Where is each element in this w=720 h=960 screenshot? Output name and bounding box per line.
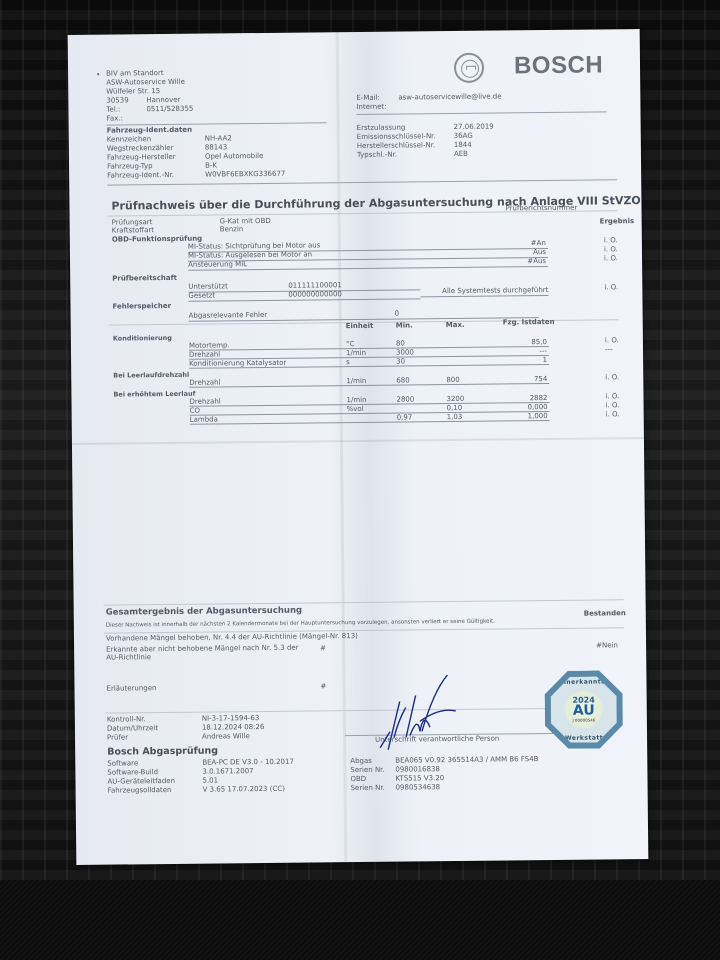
bosch-armature-icon (454, 53, 484, 83)
stamp-top-text: Anerkannte (550, 678, 616, 686)
paper-fold-vertical (336, 32, 348, 862)
remarks-value: # (320, 682, 326, 691)
measurement-group-title: Konditionierung (113, 334, 172, 344)
measurement-min: 0,97 (397, 413, 413, 422)
readiness-row: Gesetzt000000000000 (188, 289, 420, 301)
validity-note: Dieser Nachweis ist innerhalb der nächst… (106, 619, 495, 629)
vehicle-value: 1844 (454, 141, 472, 149)
measurement-actual: 1,000 (528, 412, 548, 421)
measurement-unit: °C (346, 340, 354, 349)
defects-fixed-label: Vorhandene Mängel behoben, Nr. 4.4 der A… (106, 632, 358, 644)
software-value: V 3.65 17.07.2023 (CC) (203, 785, 285, 794)
stamp-number: J 00000546 (565, 717, 603, 722)
handwritten-signature (359, 671, 480, 752)
tel-value: 0511/528355 (146, 105, 193, 113)
software-value: BEA-PC DE V3.0 - 10.2017 (202, 758, 294, 767)
vehicle-label: Typschl.-Nr. (357, 150, 454, 160)
defects-fixed-value: #Nein (596, 641, 618, 650)
vehicle-value: AEB (454, 150, 468, 158)
readiness-title: Prüfbereitschaft (112, 274, 177, 284)
device-value: 0980016838 (395, 765, 440, 773)
measurement-actual: 2882 (530, 394, 548, 403)
divider (104, 599, 624, 605)
address-line: ASW-Autoservice Wille (106, 78, 193, 88)
measurement-result: i. O. (606, 410, 620, 419)
internet-label: Internet: (356, 103, 386, 112)
city: Hannover (146, 96, 180, 104)
postal-code: 30539 (106, 96, 146, 105)
measurement-label: CO (190, 407, 200, 416)
control-value: Andreas Wille (202, 732, 250, 740)
measurement-unit: 1/min (346, 349, 366, 358)
measurement-min: 30 (396, 358, 405, 367)
control-label: Prüfer (107, 733, 202, 743)
divider (107, 179, 617, 185)
max-header: Max. (446, 321, 465, 330)
control-rows: Kontroll-Nr.NI-3-17-1594-63 Datum/Uhrzei… (107, 714, 265, 743)
obd-result: i. O. (604, 245, 618, 254)
email-value: asw-autoservicewille@live.de (398, 92, 501, 101)
email-row: E-Mail:asw-autoservicewille@live.de (356, 92, 501, 103)
measurement-row: Drehzahl1/min680800754 (189, 375, 549, 388)
measurement-label: Motortemp. (189, 341, 230, 350)
paper-fold-horizontal (72, 437, 644, 445)
summary-result: Bestanden (584, 609, 626, 618)
actual-header: Fzg. Istdaten (503, 318, 555, 328)
email-label: E-Mail: (356, 94, 398, 103)
obd-rows: MI-Status: Sichtprüfung bei Motor aus#An… (68, 29, 640, 35)
measurement-group-title: Bei erhöhtem Leerlauf (113, 390, 195, 400)
device-label: Abgas (350, 757, 395, 766)
device-value: KTS515 V3.20 (395, 774, 444, 783)
obd-result: i. O. (604, 236, 618, 245)
measurement-actual: 0,000 (528, 403, 548, 412)
vehicle-label: Fahrzeug-Ident.-Nr. (107, 171, 205, 181)
fax-label: Fax.: (107, 114, 147, 123)
measurement-unit: s (346, 358, 350, 367)
software-value: 3.0.1671.2007 (202, 767, 253, 776)
min-header: Min. (396, 321, 413, 330)
au-certificate-document: • BIV am Standort ASW-Autoservice Wille … (68, 29, 649, 865)
divider (104, 627, 624, 633)
fault-memory-label: Abgasrelevante Fehler (189, 310, 395, 321)
vehicle-data-right: Erstzulassung27.06.2019 Emissionsschlüss… (357, 123, 494, 160)
measurement-min: 3000 (396, 348, 414, 357)
summary-title: Gesamtergebnis der Abgasuntersuchung (106, 606, 302, 618)
obd-label: MI-Status: Ausgelesen bei Motor an (188, 250, 312, 259)
obd-value: #An (531, 239, 546, 248)
control-value: NI-3-17-1594-63 (202, 714, 260, 723)
device-label: OBD (350, 775, 395, 784)
software-label: Fahrzeugsolldaten (108, 786, 203, 796)
measurement-result: --- (605, 345, 613, 354)
unit-header: Einheit (346, 322, 374, 331)
vehicle-value: B-K (205, 161, 217, 169)
measurement-max: 3200 (446, 395, 464, 404)
measurement-result: i. O. (605, 392, 619, 401)
measurement-label: Lambda (190, 415, 218, 424)
divider (357, 111, 607, 115)
readiness-value: 011111100001 (288, 281, 342, 290)
bosch-wordmark: BOSCH (514, 51, 603, 80)
obd-label: Ansteuerung MIL (188, 260, 247, 269)
vehicle-value: NH-AA2 (205, 134, 232, 142)
tel-label: Tel.: (106, 105, 146, 114)
obd-value: Aus (533, 248, 546, 257)
control-value: 18.12.2024 08:26 (202, 723, 265, 732)
bosch-test-title: Bosch Abgasprüfung (107, 745, 218, 757)
readiness-label: Gesetzt (188, 291, 288, 301)
measurement-unit: 1/min (346, 377, 366, 386)
measurements-table: KonditionierungMotortemp.°C8085,0i. O.Dr… (68, 29, 640, 35)
bosch-test-right: AbgasBEA065 V0.92 365514A3 / AMM B6 FS4B… (350, 755, 539, 793)
measurement-group-title: Bei Leerlaufdrehzahl (113, 371, 189, 381)
measurement-unit: 1/min (346, 396, 366, 405)
measurement-label: Drehzahl (189, 397, 220, 406)
remarks-label: Erläuterungen (106, 684, 156, 694)
fault-memory-value: 0 (395, 310, 400, 318)
defects-unfixed-label-2: AU-Richtlinie (106, 653, 151, 662)
bullet: • (96, 71, 100, 80)
measurement-min: 80 (396, 340, 405, 349)
measurement-label: Drehzahl (189, 350, 220, 359)
device-value: 0980534638 (396, 783, 441, 791)
measurement-label: Konditionierung Katalysator (189, 359, 286, 369)
measurement-min: 2800 (396, 395, 414, 404)
obd-label: MI-Status: Sichtprüfung bei Motor aus (188, 241, 321, 250)
measurement-min: 680 (396, 376, 409, 385)
measurement-label: Drehzahl (189, 378, 220, 387)
readiness-value: 000000000000 (288, 290, 342, 299)
device-value: BEA065 V0.92 365514A3 / AMM B6 FS4B (395, 755, 538, 764)
stamp-au-mark: AU (565, 704, 603, 717)
measurement-unit: %vol (347, 405, 364, 414)
bosch-test-left: SoftwareBEA-PC DE V3.0 - 10.2017 Softwar… (107, 758, 294, 796)
software-value: 5.01 (202, 776, 218, 784)
vehicle-value: 27.06.2019 (454, 123, 494, 131)
fuel-label: Kraftstoffart (112, 226, 154, 235)
fuel-value: Benzin (220, 225, 244, 234)
readiness-result: i. O. (604, 283, 618, 292)
fault-memory-title: Fehlerspeicher (112, 302, 171, 312)
vehicle-value: W0VBF6EBXKG336677 (205, 170, 285, 179)
measurement-max: 1,03 (447, 413, 463, 422)
measurement-actual: 1 (543, 356, 548, 365)
measurement-actual: --- (539, 347, 547, 356)
measurement-result: i. O. (605, 336, 619, 345)
measurement-actual: 754 (534, 375, 547, 384)
measurement-actual: 85,0 (531, 338, 547, 347)
stamp-bottom-text: Werkstatt (551, 734, 617, 742)
vehicle-value: 88143 (205, 143, 227, 151)
workshop-address: BIV am Standort ASW-Autoservice Wille Wü… (106, 69, 193, 124)
device-label: Serien Nr. (351, 784, 396, 793)
vehicle-value: 36AG (454, 132, 473, 140)
defects-unfixed-value: # (320, 644, 326, 653)
readiness-note: Alle Systemtests durchgeführt (420, 286, 548, 297)
measurement-max: 0,10 (447, 404, 463, 413)
vehicle-data-left: KennzeichenNH-AA2 Wegstreckenzähler88143… (107, 134, 286, 181)
fabric-background (0, 880, 720, 960)
obd-result: i. O. (604, 254, 618, 263)
measurement-result: i. O. (606, 401, 620, 410)
obd-value: #Aus (527, 257, 546, 266)
au-recognized-workshop-stamp: Anerkannte 2024 AU J 00000546 Werkstatt (544, 670, 623, 749)
vehicle-value: Opel Automobile (205, 152, 264, 161)
result-header: Ergebnis (600, 217, 635, 226)
device-label: Serien Nr. (350, 766, 395, 775)
measurement-max: 800 (446, 376, 459, 385)
report-number-label: Prüfberichtsnummer (505, 204, 577, 214)
measurement-result: i. O. (605, 373, 619, 382)
